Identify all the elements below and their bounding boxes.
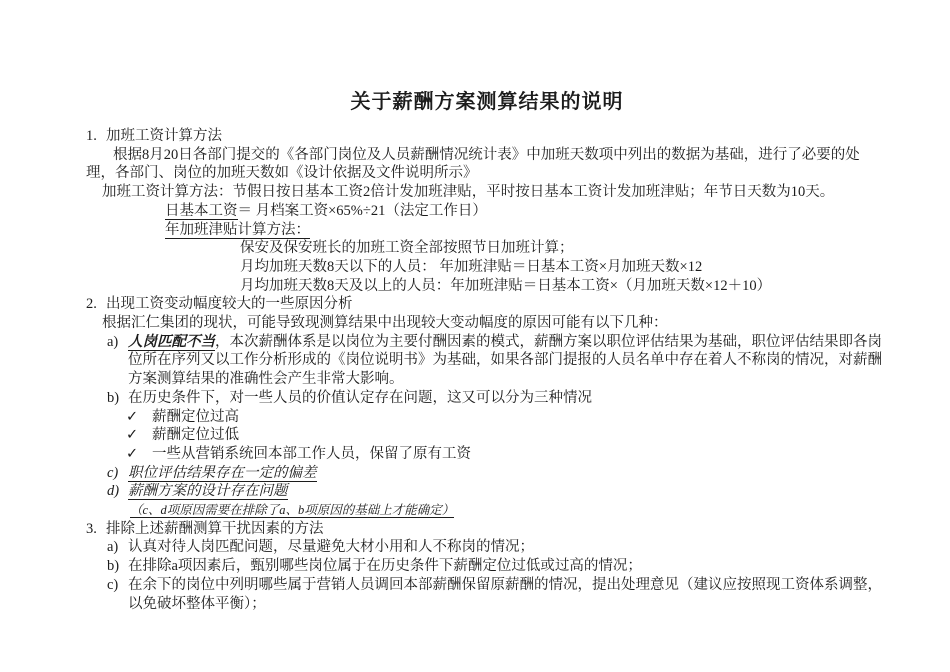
- section-2-intro: 根据汇仁集团的现状，可能导致现测算结果中出现较大变动幅度的原因可能有以下几种：: [86, 314, 888, 333]
- section-2-item-b-text: 在历史条件下，对一些人员的价值认定存在问题，这又可以分为三种情况: [128, 390, 592, 406]
- section-2-item-a-lead: 人岗匹配不当: [128, 334, 215, 351]
- formula-year-allowance-heading: 年加班津贴计算方法：: [165, 221, 888, 240]
- section-2-item-a: a)人岗匹配不当，本次薪酬体系是以岗位为主要付酬因素的模式，薪酬方案以职位评估结…: [86, 333, 888, 389]
- section-2-item-c: c)职位评估结果存在一定的偏差: [86, 464, 888, 483]
- section-2-note-text: （c、d项原因需要在排除了a、b项原因的基础上才能确定）: [130, 503, 454, 518]
- section-3-item-c: c)在余下的岗位中列明哪些属于营销人员调回本部薪酬保留原薪酬的情况，提出处理意见…: [86, 576, 888, 613]
- rule-security-guard: 保安及保安班长的加班工资全部按照节日加班计算；: [240, 239, 888, 258]
- section-3-item-c-marker: c): [107, 576, 128, 595]
- check-item-kept-old-wage-text: 一些从营销系统回本部工作人员，保留了原有工资: [152, 446, 471, 462]
- section-2-item-c-marker: c): [107, 464, 128, 483]
- section-2-number: 2.: [86, 295, 106, 314]
- section-3-item-a: a)认真对待人岗匹配问题，尽量避免大材小用和人不称岗的情况；: [86, 538, 888, 557]
- check-item-kept-old-wage: ✓一些从营销系统回本部工作人员，保留了原有工资: [86, 445, 888, 464]
- section-2-item-c-text: 职位评估结果存在一定的偏差: [128, 465, 317, 482]
- section-1-method-paragraph: 加班工资计算方法：节假日按日基本工资2倍计发加班津贴，平时按日基本工资计发加班津…: [86, 183, 888, 202]
- section-2-item-d-marker: d): [107, 482, 128, 501]
- section-3-item-b-text: 在排除a项因素后，甄别哪些岗位属于在历史条件下薪酬定位过低或过高的情况；: [128, 558, 642, 574]
- doc-body: 1.加班工资计算方法 根据8月20日各部门提交的《各部门岗位及人员薪酬情况统计表…: [86, 127, 888, 613]
- section-2-item-b-marker: b): [107, 389, 128, 408]
- formula-day-wage: 日基本工资＝ 月档案工资×65%÷21（法定工作日）: [165, 202, 888, 221]
- section-2-item-a-marker: a): [107, 333, 128, 352]
- section-3-item-a-text: 认真对待人岗匹配问题，尽量避免大材小用和人不称岗的情况；: [128, 539, 534, 555]
- section-2-item-b: b)在历史条件下，对一些人员的价值认定存在问题，这又可以分为三种情况: [86, 389, 888, 408]
- section-1-heading: 加班工资计算方法: [106, 128, 222, 144]
- checkmark-icon: ✓: [126, 445, 152, 464]
- rule-over-8-days: 月均加班天数8天及以上的人员：年加班津贴＝日基本工资×（月加班天数×12＋10）: [240, 277, 888, 296]
- section-1-basis-paragraph: 根据8月20日各部门提交的《各部门岗位及人员薪酬情况统计表》中加班天数项中列出的…: [86, 146, 888, 183]
- rule-under-8-days: 月均加班天数8天以下的人员： 年加班津贴＝日基本工资×月加班天数×12: [240, 258, 888, 277]
- checkmark-icon: ✓: [126, 426, 152, 445]
- doc-title: 关于薪酬方案测算结果的说明: [86, 90, 888, 114]
- section-3-item-b-marker: b): [107, 557, 128, 576]
- section-3-heading: 排除上述薪酬测算干扰因素的方法: [106, 521, 324, 537]
- check-item-pay-too-low: ✓薪酬定位过低: [86, 426, 888, 445]
- check-item-pay-too-high-text: 薪酬定位过高: [152, 409, 239, 425]
- section-1-number: 1.: [86, 127, 106, 146]
- formula-day-wage-term: 日基本工资: [165, 203, 238, 220]
- section-2-item-d-text: 薪酬方案的设计存在问题: [128, 483, 288, 500]
- document-page: 关于薪酬方案测算结果的说明 1.加班工资计算方法 根据8月20日各部门提交的《各…: [0, 0, 950, 672]
- section-2-note: （c、d项原因需要在排除了a、b项原因的基础上才能确定）: [86, 501, 888, 520]
- section-2-heading-line: 2.出现工资变动幅度较大的一些原因分析: [86, 295, 888, 314]
- section-2-item-a-text: ，本次薪酬体系是以岗位为主要付酬因素的模式，薪酬方案以职位评估结果为基础，职位评…: [128, 334, 882, 387]
- section-3-number: 3.: [86, 520, 106, 539]
- section-3-item-c-text: 在余下的岗位中列明哪些属于营销人员调回本部薪酬保留原薪酬的情况，提出处理意见（建…: [128, 577, 882, 612]
- section-3-item-b: b)在排除a项因素后，甄别哪些岗位属于在历史条件下薪酬定位过低或过高的情况；: [86, 557, 888, 576]
- section-3-heading-line: 3.排除上述薪酬测算干扰因素的方法: [86, 520, 888, 539]
- section-2-item-d: d)薪酬方案的设计存在问题: [86, 482, 888, 501]
- check-item-pay-too-low-text: 薪酬定位过低: [152, 427, 239, 443]
- section-2-heading: 出现工资变动幅度较大的一些原因分析: [106, 296, 353, 312]
- section-3-item-a-marker: a): [107, 538, 128, 557]
- formula-day-wage-expression: ＝ 月档案工资×65%÷21（法定工作日）: [238, 203, 487, 219]
- check-item-pay-too-high: ✓薪酬定位过高: [86, 408, 888, 427]
- checkmark-icon: ✓: [126, 408, 152, 427]
- formula-year-allowance-term: 年加班津贴计算方法：: [165, 222, 310, 239]
- section-1-heading-line: 1.加班工资计算方法: [86, 127, 888, 146]
